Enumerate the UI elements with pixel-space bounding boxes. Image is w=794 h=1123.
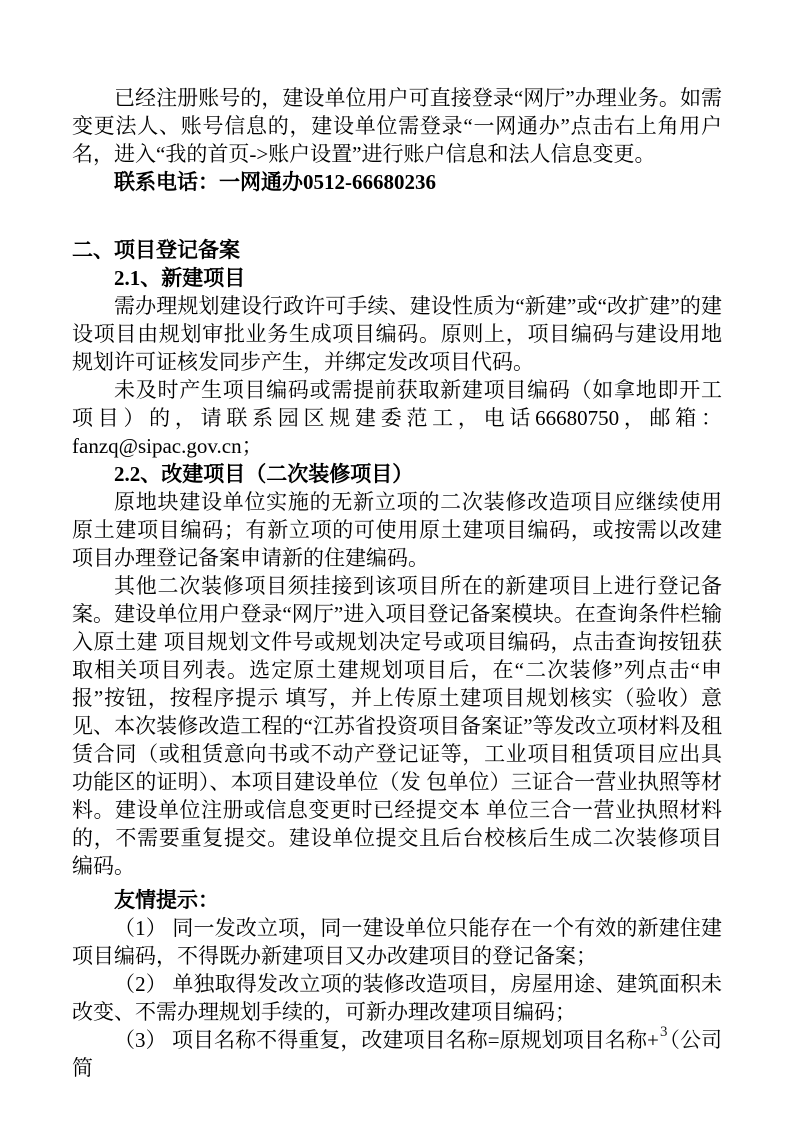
page-number: 3 <box>660 1024 668 1041</box>
section-2-2-paragraph-2: 其他二次装修项目须挂接到该项目所在的新建项目上进行登记备案。建设单位用户登录“网… <box>72 572 722 880</box>
tip-item-2: （2） 单独取得发改立项的装修改造项目，房屋用途、建筑面积未改变、不需办理规划手… <box>72 970 722 1026</box>
section-2-2-heading: 2.2、改建项目（二次装修项目） <box>72 460 722 488</box>
section-2-1-paragraph-2: 未及时产生项目编码或需提前获取新建项目编码（如拿地即开工项目）的，请联系园区规建… <box>72 376 722 460</box>
section-2-2-paragraph-1: 原地块建设单位实施的无新立项的二次装修改造项目应继续使用原土建项目编码；有新立项… <box>72 488 722 572</box>
contact-phone-line: 联系电话：一网通办0512-66680236 <box>72 168 722 196</box>
section-2-1-paragraph-1: 需办理规划建设行政许可手续、建设性质为“新建”或“改扩建”的建设项目由规划审批业… <box>72 292 722 376</box>
tip-item-3: （3） 项目名称不得重复，改建项目名称=原规划项目名称+（公司简 <box>72 1026 722 1082</box>
document-content: 已经注册账号的，建设单位用户可直接登录“网厅”办理业务。如需变更法人、账号信息的… <box>72 84 722 1082</box>
section-2-1-heading: 2.1、新建项目 <box>72 264 722 292</box>
section-2-heading: 二、项目登记备案 <box>72 236 722 264</box>
intro-paragraph: 已经注册账号的，建设单位用户可直接登录“网厅”办理业务。如需变更法人、账号信息的… <box>72 84 722 168</box>
tip-item-1: （1） 同一发改立项，同一建设单位只能存在一个有效的新建住建项目编码，不得既办新… <box>72 914 722 970</box>
tips-heading: 友情提示： <box>72 886 722 914</box>
document-page: 已经注册账号的，建设单位用户可直接登录“网厅”办理业务。如需变更法人、账号信息的… <box>0 0 794 1123</box>
